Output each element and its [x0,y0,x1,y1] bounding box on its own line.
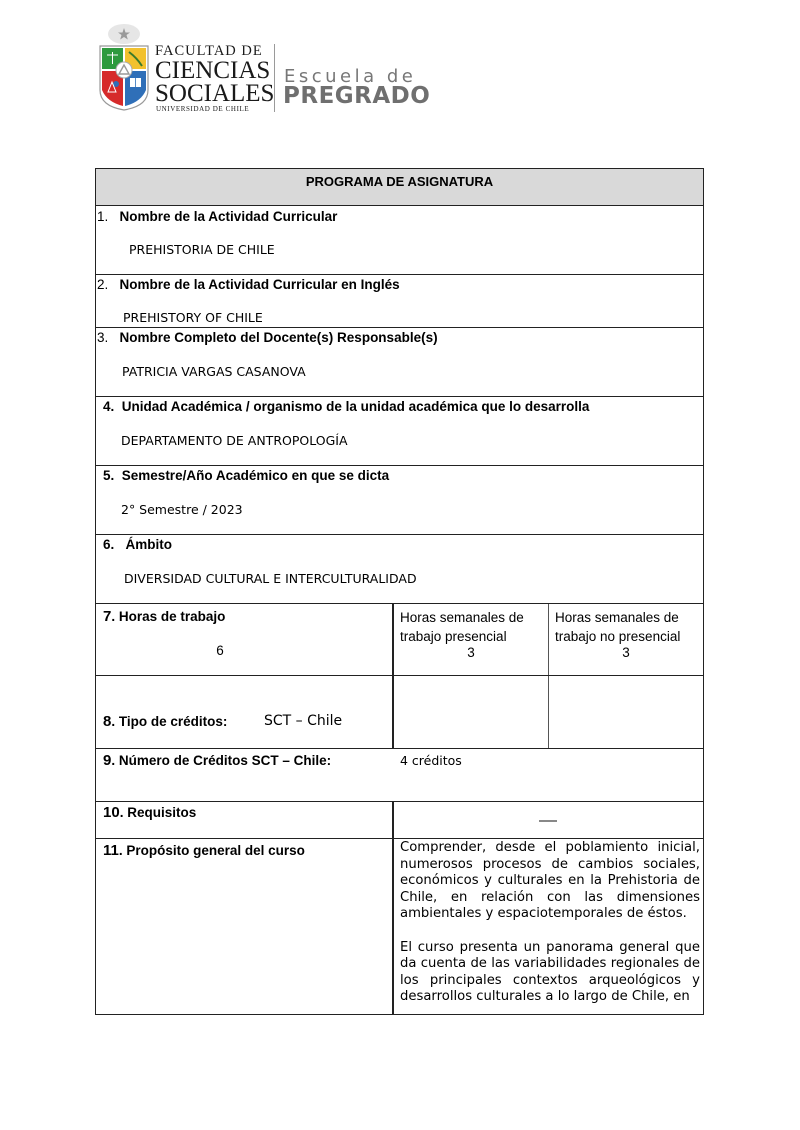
column-divider [548,676,549,748]
requirements-none-dash [539,820,557,822]
section-label: 2. Nombre de la Actividad Curricular en … [97,277,400,292]
semester-value: 2° Semestre / 2023 [121,502,243,517]
credit-type-value: SCT – Chile [264,713,342,729]
section-5-row: 5. Semestre/Año Académico en que se dict… [95,465,704,534]
column-divider [392,802,394,838]
section-label: 1. Nombre de la Actividad Curricular [97,209,337,224]
section-7-hours-row: 7. Horas de trabajo 6 Horas semanales de… [95,603,704,675]
scope-value: DIVERSIDAD CULTURAL E INTERCULTURALIDAD [124,571,417,586]
section-10-requirements-row: 10. Requisitos [95,801,704,838]
purpose-paragraph: Comprender, desde el poblamiento inicial… [400,840,700,923]
academic-unit-value: DEPARTAMENTO DE ANTROPOLOGÍA [121,433,348,448]
section-4-row: 4. Unidad Académica / organismo de la un… [95,396,704,465]
course-name-english-value: PREHISTORY OF CHILE [123,310,263,325]
credit-type-label: 8. Tipo de créditos: [103,713,227,730]
faculty-line3: SOCIALES [155,81,274,106]
total-hours-value: 6 [206,643,234,658]
logo-divider [274,44,275,112]
faculty-logo: FACULTAD DE CIENCIAS SOCIALES UNIVERSIDA… [97,22,427,114]
credit-count-label: 9. Número de Créditos SCT – Chile: [103,752,331,769]
section-3-row: 3. Nombre Completo del Docente(s) Respon… [95,327,704,396]
section-1-row: 1. Nombre de la Actividad Curricular PRE… [95,205,704,274]
purpose-label: 11. Propósito general del curso [103,842,305,859]
purpose-text: Comprender, desde el poblamiento inicial… [400,840,700,1023]
university-name: UNIVERSIDAD DE CHILE [156,106,249,113]
section-11-purpose-row: 11. Propósito general del curso Comprend… [95,838,704,1015]
section-9-credit-count-row: 9. Número de Créditos SCT – Chile: 4 cré… [95,748,704,801]
section-8-credit-type-row: 8. Tipo de créditos: SCT – Chile [95,675,704,748]
instructor-value: PATRICIA VARGAS CASANOVA [122,364,306,379]
course-program-table: PROGRAMA DE ASIGNATURA 1. Nombre de la A… [95,168,704,1015]
requirements-label: 10. Requisitos [103,804,196,821]
presencial-hours-value: 3 [396,645,546,660]
section-label: 4. Unidad Académica / organismo de la un… [103,399,589,414]
course-name-value: PREHISTORIA DE CHILE [129,242,275,257]
purpose-paragraph: El curso presenta un panorama general qu… [400,940,700,1006]
section-label: 3. Nombre Completo del Docente(s) Respon… [97,330,438,345]
school-line2: PREGRADO [283,83,430,109]
no-presencial-hours-value: 3 [551,645,701,660]
no-presencial-hours-label: Horas semanales de trabajo no presencial [555,608,680,646]
section-6-row: 6. Ámbito DIVERSIDAD CULTURAL E INTERCUL… [95,534,704,603]
hours-label: 7. Horas de trabajo [103,608,225,625]
column-divider [392,839,394,1014]
column-divider [392,604,394,675]
column-divider [392,676,394,748]
presencial-hours-label: Horas semanales de trabajo presencial [400,608,524,646]
section-label: 6. Ámbito [103,537,172,552]
section-2-row: 2. Nombre de la Actividad Curricular en … [95,274,704,327]
table-title: PROGRAMA DE ASIGNATURA [95,168,704,205]
credit-count-value: 4 créditos [400,753,462,768]
column-divider [548,604,549,675]
university-crest-icon [97,22,151,112]
section-label: 5. Semestre/Año Académico en que se dict… [103,468,389,483]
